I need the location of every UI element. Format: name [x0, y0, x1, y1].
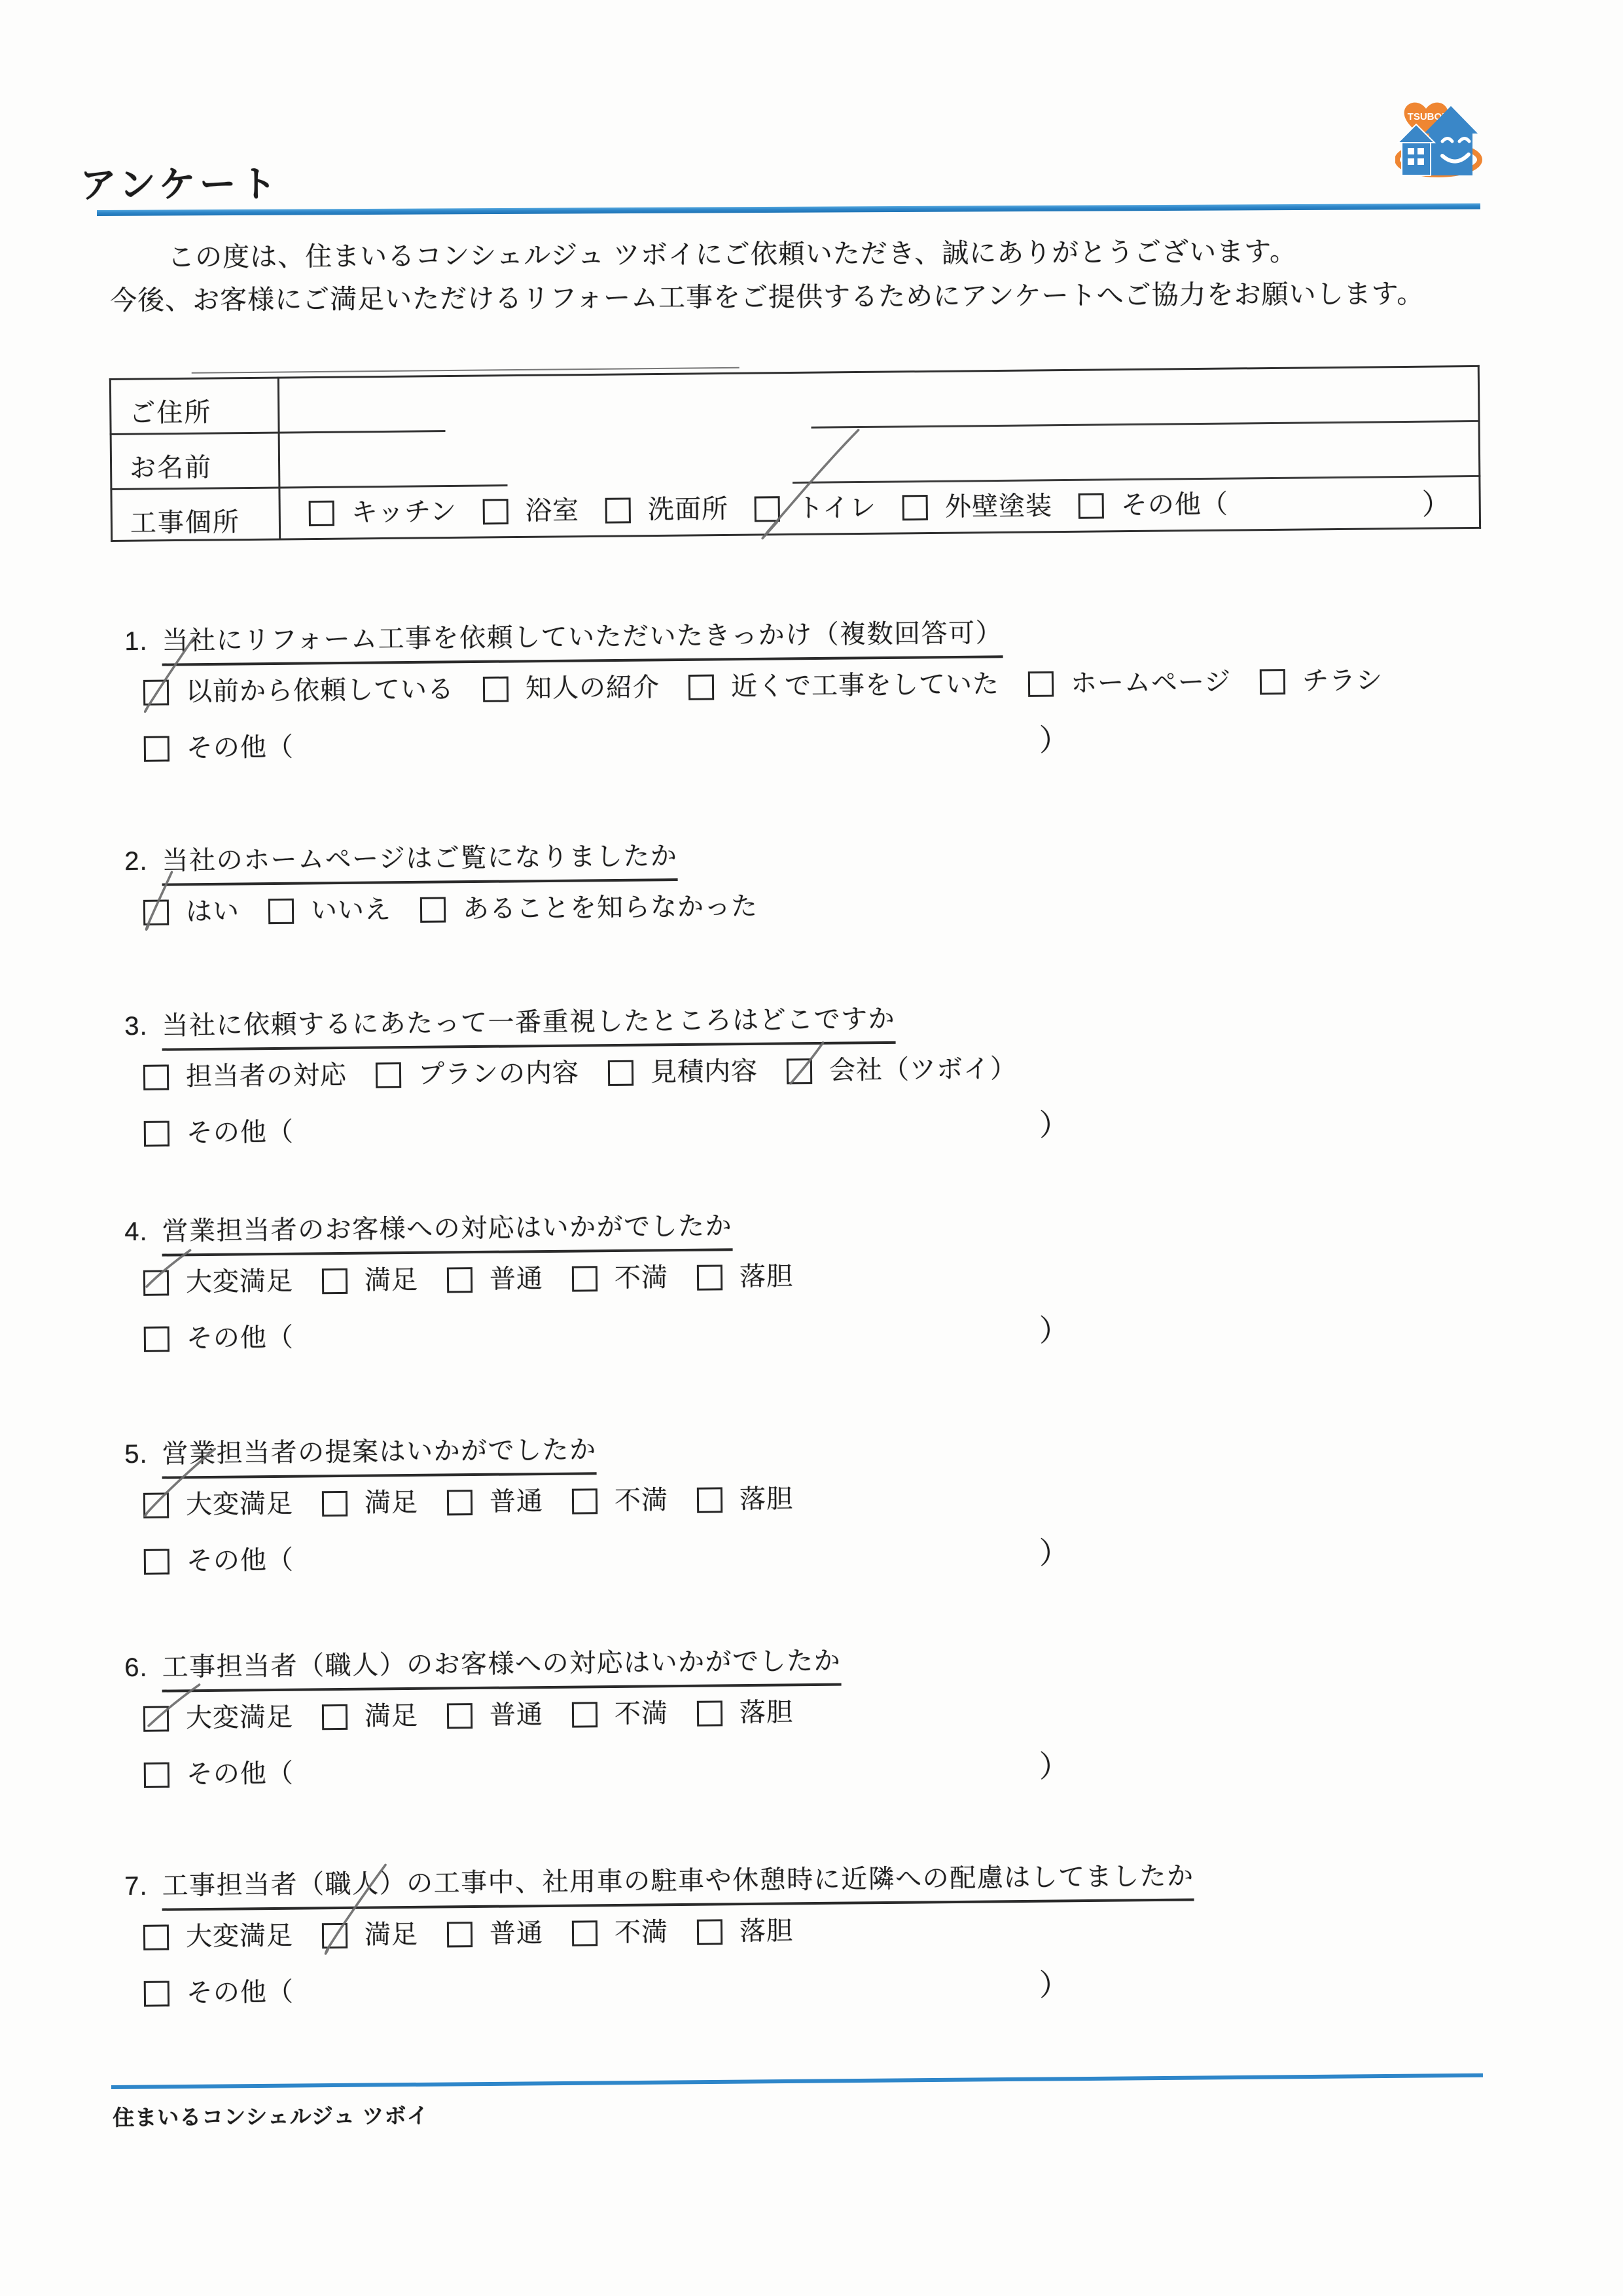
- address-row-label: ご住所: [129, 392, 212, 430]
- checkbox[interactable]: [144, 1981, 169, 2007]
- q4-option-1[interactable]: 大変満足: [143, 1266, 293, 1299]
- q3-other-row: その他（ ）: [144, 1117, 294, 1149]
- q1-option-5[interactable]: チラシ: [1260, 665, 1383, 698]
- checkbox[interactable]: [143, 1270, 169, 1296]
- question-title: 当社のホームページはご覧になりましたか: [162, 835, 677, 886]
- q1-option-2[interactable]: 知人の紹介: [483, 672, 660, 705]
- work-option-kitchen[interactable]: キッチン: [309, 496, 457, 529]
- customer-info-table: ご住所 お名前 工事個所 キッチン 浴室 洗面所 トイレ 外壁塗装 その: [109, 365, 1481, 542]
- checkbox[interactable]: [144, 1121, 169, 1147]
- checkbox[interactable]: [572, 1702, 597, 1727]
- name-row-label: お名前: [130, 447, 213, 485]
- checkbox[interactable]: [143, 1493, 169, 1518]
- question-title: 当社に依頼するにあたって一番重視したところはどこですか: [162, 998, 895, 1051]
- q7-option-5[interactable]: 落胆: [697, 1915, 793, 1947]
- work-option-toilet[interactable]: トイレ: [755, 492, 876, 525]
- checkbox[interactable]: [1028, 672, 1054, 697]
- q6-option-other[interactable]: その他（: [144, 1758, 294, 1791]
- checkbox[interactable]: [447, 1490, 473, 1515]
- checkbox[interactable]: [697, 1700, 722, 1726]
- table-border-left: [109, 378, 113, 542]
- checkbox[interactable]: [688, 675, 714, 700]
- checkbox[interactable]: [447, 1703, 473, 1729]
- checkbox[interactable]: [608, 1060, 633, 1086]
- question-5: 5. 営業担当者の提案はいかがでしたか 大変満足 満足 普通 不満 落胆: [0, 1419, 1623, 1598]
- question-4: 4. 営業担当者のお客様への対応はいかがでしたか 大変満足 満足 普通 不満 落…: [0, 1196, 1623, 1376]
- title-underline: [97, 204, 1480, 216]
- q5-option-2[interactable]: 満足: [322, 1487, 418, 1519]
- q4-other-row: その他（ ）: [144, 1322, 294, 1355]
- q4-option-4[interactable]: 不満: [572, 1262, 668, 1294]
- work-option-washroom[interactable]: 洗面所: [605, 493, 728, 526]
- checkbox[interactable]: [144, 1327, 169, 1352]
- checkbox[interactable]: [483, 677, 508, 702]
- question-title: 工事担当者（職人）の工事中、社用車の駐車や休憩時に近隣への配慮はしてましたか: [162, 1855, 1194, 1910]
- q5-option-3[interactable]: 普通: [447, 1486, 543, 1518]
- q4-option-other[interactable]: その他（: [144, 1322, 294, 1355]
- q5-option-other[interactable]: その他（: [144, 1545, 294, 1577]
- question-number: 3.: [124, 1012, 148, 1041]
- q4-option-2[interactable]: 満足: [322, 1265, 418, 1297]
- question-6: 6. 工事担当者（職人）のお客様への対応はいかがでしたか 大変満足 満足 普通 …: [0, 1632, 1623, 1812]
- q4-option-3[interactable]: 普通: [447, 1263, 543, 1295]
- question-number: 7.: [124, 1872, 148, 1901]
- checkbox[interactable]: [144, 1763, 169, 1788]
- q6-option-1[interactable]: 大変満足: [143, 1702, 293, 1734]
- checkbox[interactable]: [420, 897, 446, 922]
- q2-option-2[interactable]: いいえ: [268, 894, 391, 927]
- intro-line-2: 今後、お客様にご満足いただけるリフォーム工事をご提供するためにアンケートへご協力…: [110, 272, 1425, 317]
- checkbox[interactable]: [447, 1267, 473, 1293]
- checkbox[interactable]: [376, 1062, 401, 1088]
- question-title: 営業担当者の提案はいかがでしたか: [162, 1429, 597, 1479]
- q7-option-4[interactable]: 不満: [572, 1916, 668, 1948]
- work-location-row-label: 工事個所: [130, 501, 241, 540]
- intro-line-1: この度は、住まいるコンシェルジュ ツボイにご依頼いただき、誠にありがとうございま…: [168, 230, 1297, 274]
- q1-other-row: その他（ ）: [144, 732, 294, 764]
- work-option-exterior-paint[interactable]: 外壁塗装: [902, 490, 1052, 523]
- q1-option-other[interactable]: その他（: [144, 732, 294, 764]
- checkbox[interactable]: [572, 1266, 597, 1291]
- table-label-column-divider: [277, 377, 281, 541]
- q3-option-other[interactable]: その他（: [144, 1117, 294, 1149]
- q3-option-4[interactable]: 会社（ツボイ）: [787, 1053, 1017, 1086]
- question-3: 3. 当社に依頼するにあたって一番重視したところはどこですか 担当者の対応 プラ…: [0, 991, 1623, 1170]
- checkbox[interactable]: [143, 1706, 169, 1732]
- question-title: 営業担当者のお客様への対応はいかがでしたか: [162, 1205, 732, 1256]
- work-option-other[interactable]: その他（: [1079, 489, 1228, 522]
- other-close-paren: ）: [1039, 1529, 1069, 1572]
- checkbox[interactable]: [322, 1704, 348, 1730]
- q1-option-1[interactable]: 以前から依頼している: [143, 673, 454, 708]
- q6-option-4[interactable]: 不満: [572, 1698, 668, 1730]
- q3-option-2[interactable]: プランの内容: [376, 1058, 579, 1091]
- checkbox[interactable]: [1260, 669, 1285, 694]
- checkbox[interactable]: [697, 1487, 722, 1513]
- checkbox[interactable]: [322, 1491, 348, 1516]
- checkbox[interactable]: [1079, 493, 1104, 518]
- other-close-paren: ）: [1039, 1961, 1069, 2004]
- work-option-other-close-paren: ）: [1421, 480, 1451, 522]
- checkbox[interactable]: [144, 736, 169, 762]
- question-7: 7. 工事担当者（職人）の工事中、社用車の駐車や休憩時に近隣への配慮はしてました…: [0, 1851, 1623, 2030]
- question-number: 6.: [124, 1653, 148, 1683]
- checkbox[interactable]: [605, 497, 631, 523]
- footer-divider: [111, 2073, 1483, 2089]
- q7-other-row: その他（ ）: [144, 1977, 294, 2009]
- checkbox[interactable]: [322, 1923, 348, 1948]
- q7-option-other[interactable]: その他（: [144, 1977, 294, 2009]
- company-logo: TSUBOI: [1395, 98, 1484, 182]
- other-close-paren: ）: [1039, 1742, 1069, 1785]
- checkbox[interactable]: [143, 1925, 169, 1950]
- question-number: 4.: [124, 1217, 148, 1247]
- q5-other-row: その他（ ）: [144, 1545, 294, 1577]
- q7-option-3[interactable]: 普通: [447, 1918, 543, 1950]
- checkbox[interactable]: [309, 501, 334, 526]
- checkbox[interactable]: [143, 680, 169, 706]
- checkbox[interactable]: [144, 1549, 169, 1575]
- q1-option-3[interactable]: 近くで工事をしていた: [688, 668, 999, 703]
- q6-other-row: その他（ ）: [144, 1758, 294, 1791]
- checkbox[interactable]: [787, 1058, 812, 1084]
- checkbox[interactable]: [697, 1919, 722, 1945]
- q6-option-3[interactable]: 普通: [447, 1699, 543, 1731]
- q3-option-1[interactable]: 担当者の対応: [143, 1060, 347, 1093]
- checkbox[interactable]: [268, 899, 294, 924]
- checkbox[interactable]: [572, 1920, 597, 1946]
- question-2: 2. 当社のホームページはご覧になりましたか はい いいえ あることを知らなかっ…: [0, 826, 1623, 946]
- q3-option-3[interactable]: 見積内容: [608, 1056, 758, 1088]
- q2-option-3[interactable]: あることを知らなかった: [420, 891, 758, 925]
- q6-option-5[interactable]: 落胆: [697, 1696, 793, 1729]
- checkbox[interactable]: [902, 495, 928, 520]
- q7-option-1[interactable]: 大変満足: [143, 1920, 293, 1953]
- checkbox[interactable]: [755, 496, 780, 522]
- question-number: 1.: [124, 627, 148, 656]
- checkbox[interactable]: [143, 1065, 169, 1090]
- other-close-paren: ）: [1039, 716, 1069, 759]
- q5-option-4[interactable]: 不満: [572, 1484, 668, 1516]
- checkbox[interactable]: [143, 900, 169, 925]
- question-number: 5.: [124, 1440, 148, 1469]
- question-1: 1. 当社にリフォーム工事を依頼していただいたきっかけ（複数回答可） 以前から依…: [0, 606, 1623, 785]
- checkbox[interactable]: [483, 499, 508, 524]
- page-title: アンケート: [80, 155, 281, 209]
- checkbox[interactable]: [572, 1488, 597, 1514]
- other-close-paren: ）: [1039, 1306, 1069, 1350]
- checkbox[interactable]: [447, 1922, 473, 1947]
- table-row-separator-1: [110, 420, 1480, 435]
- work-option-bath[interactable]: 浴室: [483, 495, 579, 527]
- q5-option-1[interactable]: 大変満足: [143, 1488, 293, 1521]
- checkbox[interactable]: [322, 1268, 348, 1294]
- q6-option-2[interactable]: 満足: [322, 1700, 418, 1732]
- table-border-top: [109, 365, 1480, 380]
- q2-option-1[interactable]: はい: [143, 895, 240, 927]
- question-title: 当社にリフォーム工事を依頼していただいたきっかけ（複数回答可）: [162, 612, 1003, 666]
- footer-company-name: 住まいるコンシェルジュ ツボイ: [113, 2099, 429, 2132]
- question-title: 工事担当者（職人）のお客様への対応はいかがでしたか: [162, 1640, 841, 1693]
- q4-option-5[interactable]: 落胆: [697, 1261, 793, 1293]
- question-number: 2.: [124, 847, 148, 876]
- q7-option-2[interactable]: 満足: [322, 1919, 418, 1951]
- q1-option-4[interactable]: ホームページ: [1028, 666, 1232, 700]
- other-close-paren: ）: [1039, 1101, 1069, 1144]
- checkbox[interactable]: [697, 1265, 722, 1290]
- q5-option-5[interactable]: 落胆: [697, 1483, 793, 1515]
